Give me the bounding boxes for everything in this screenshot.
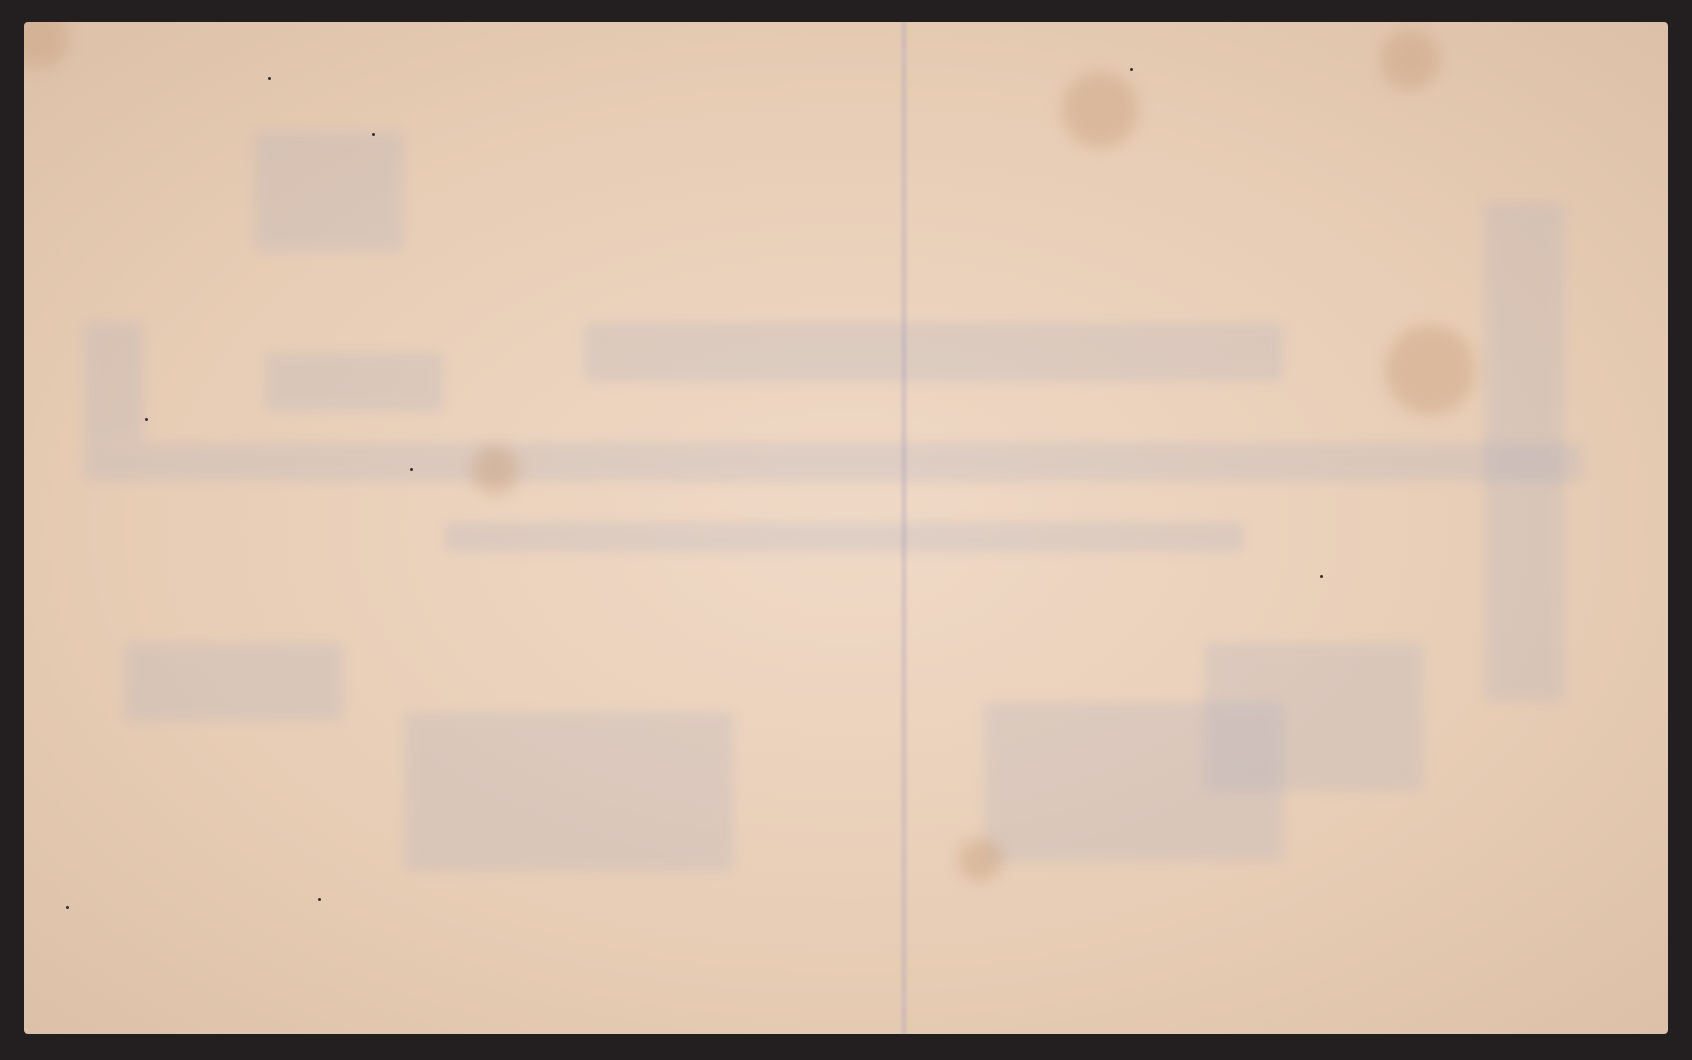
specks-layer [24,22,1668,1034]
banknote-reverse [24,22,1668,1034]
speck [268,77,271,80]
speck [372,133,375,136]
speck [145,418,148,421]
speck [410,468,413,471]
speck [1130,68,1133,71]
scan-background [0,0,1692,1060]
speck [318,898,321,901]
speck [1320,575,1323,578]
speck [66,906,69,909]
